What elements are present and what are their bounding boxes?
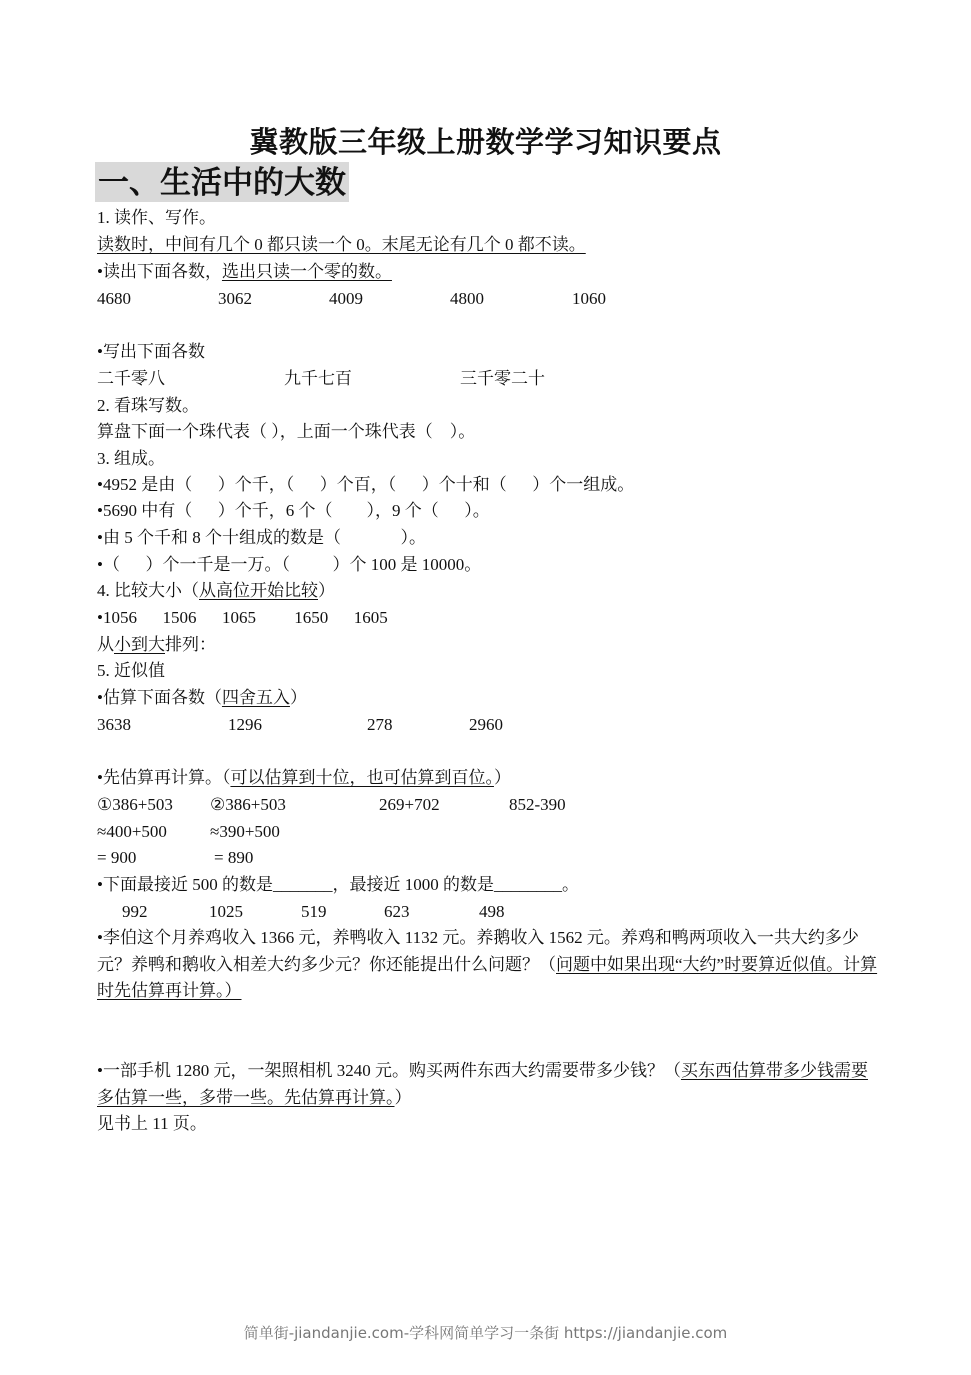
calc-cell: 852-390 xyxy=(509,794,566,816)
number-item: 4680 xyxy=(97,288,131,310)
s4-heading: 4. 比较大小（从高位开始比较） xyxy=(97,580,335,602)
s3-item: •4952 是由（ ）个千，（ ）个百，（ ）个十和（ ）个一组成。 xyxy=(97,474,634,496)
s5-estimate-underlined: 四舍五入 xyxy=(222,688,290,707)
s5-estimate: •估算下面各数（四舍五入） xyxy=(97,687,307,709)
s3-heading: 3. 组成。 xyxy=(97,448,165,470)
calc-cell: ≈390+500 xyxy=(210,821,280,843)
closest-number: 519 xyxy=(301,901,327,923)
s5-calc: •先估算再计算。（可以估算到十位，也可估算到百位。） xyxy=(97,767,511,789)
number-item: 1060 xyxy=(572,288,606,310)
s4-order: 从小到大排列： xyxy=(97,634,216,656)
s5-calc-underlined: 可以估算到十位，也可估算到百位。 xyxy=(230,768,494,787)
s5-problem-1: •李伯这个月养鸡收入 1366 元，养鸭收入 1132 元。养鹅收入 1562 … xyxy=(97,925,879,1005)
s5-closest: •下面最接近 500 的数是_______，最接近 1000 的数是______… xyxy=(97,874,579,896)
s5-calc-suffix: ） xyxy=(494,768,511,787)
s4-heading-suffix: ） xyxy=(318,581,335,600)
calc-cell: 269+702 xyxy=(379,794,440,816)
s4-order-prefix: 从 xyxy=(97,635,114,654)
calc-cell: ≈400+500 xyxy=(97,821,167,843)
s3-item: •5690 中有（ ）个千，6 个（ ），9 个（ ）。 xyxy=(97,500,490,522)
s4-heading-prefix: 4. 比较大小（ xyxy=(97,581,199,600)
s5-estimate-suffix: ） xyxy=(290,688,307,707)
s3-item: •由 5 个千和 8 个十组成的数是（ ）。 xyxy=(97,527,426,549)
number-item: 4800 xyxy=(450,288,484,310)
s5-calc-prefix: •先估算再计算。（ xyxy=(97,768,230,787)
s5-reference: 见书上 11 页。 xyxy=(97,1113,207,1135)
calc-cell: ①386+503 xyxy=(97,794,173,816)
section-heading: 一、生活中的大数 xyxy=(95,162,349,202)
s1-rule: 读数时，中间有几个 0 都只读一个 0。末尾无论有几个 0 都不读。 xyxy=(97,234,586,256)
closest-number: 1025 xyxy=(209,901,243,923)
s1-task: •读出下面各数，选出只读一个零的数。 xyxy=(97,261,392,283)
estimate-number: 3638 xyxy=(97,714,131,736)
s1-write-task: •写出下面各数 xyxy=(97,341,205,363)
s2-text: 算盘下面一个珠代表（ ），上面一个珠代表（ ）。 xyxy=(97,421,475,443)
s1-task-underlined: 选出只读一个零的数。 xyxy=(222,262,392,281)
s4-heading-underlined: 从高位开始比较 xyxy=(199,581,318,600)
s4-order-suffix: 排列： xyxy=(165,635,216,654)
number-item: 3062 xyxy=(218,288,252,310)
s5-heading: 5. 近似值 xyxy=(97,660,165,682)
document-title: 冀教版三年级上册数学学习知识要点 xyxy=(0,120,971,161)
s1-task-prefix: •读出下面各数， xyxy=(97,262,222,281)
s2-heading: 2. 看珠写数。 xyxy=(97,395,199,417)
calc-cell: = 900 xyxy=(97,847,136,869)
closest-number: 992 xyxy=(122,901,148,923)
closest-number: 623 xyxy=(384,901,410,923)
closest-number: 498 xyxy=(479,901,505,923)
problem-2-text: •一部手机 1280 元，一架照相机 3240 元。购买两件东西大约需要带多少钱… xyxy=(97,1061,681,1080)
word-item: 九千七百 xyxy=(284,368,352,390)
document-page: 冀教版三年级上册数学学习知识要点 一、生活中的大数 1. 读作、写作。 读数时，… xyxy=(0,0,971,1375)
s1-heading: 1. 读作、写作。 xyxy=(97,207,216,229)
word-item: 二千零八 xyxy=(97,368,165,390)
s4-order-underlined: 小到大 xyxy=(114,635,165,654)
footer-watermark: 简单街-jiandanjie.com-学科网简单学习一条街 https://ji… xyxy=(0,1322,971,1343)
estimate-number: 2960 xyxy=(469,714,503,736)
problem-2-suffix: ） xyxy=(395,1088,412,1107)
calc-cell: = 890 xyxy=(214,847,253,869)
calc-cell: ②386+503 xyxy=(210,794,286,816)
word-item: 三千零二十 xyxy=(460,368,545,390)
s5-problem-2: •一部手机 1280 元，一架照相机 3240 元。购买两件东西大约需要带多少钱… xyxy=(97,1058,879,1111)
s3-item: •（ ）个一千是一万。（ ）个 100 是 10000。 xyxy=(97,554,481,576)
estimate-number: 1296 xyxy=(228,714,262,736)
s4-numbers: •1056 1506 1065 1650 1605 xyxy=(97,607,388,629)
estimate-number: 278 xyxy=(367,714,393,736)
number-item: 4009 xyxy=(329,288,363,310)
s5-estimate-prefix: •估算下面各数（ xyxy=(97,688,222,707)
